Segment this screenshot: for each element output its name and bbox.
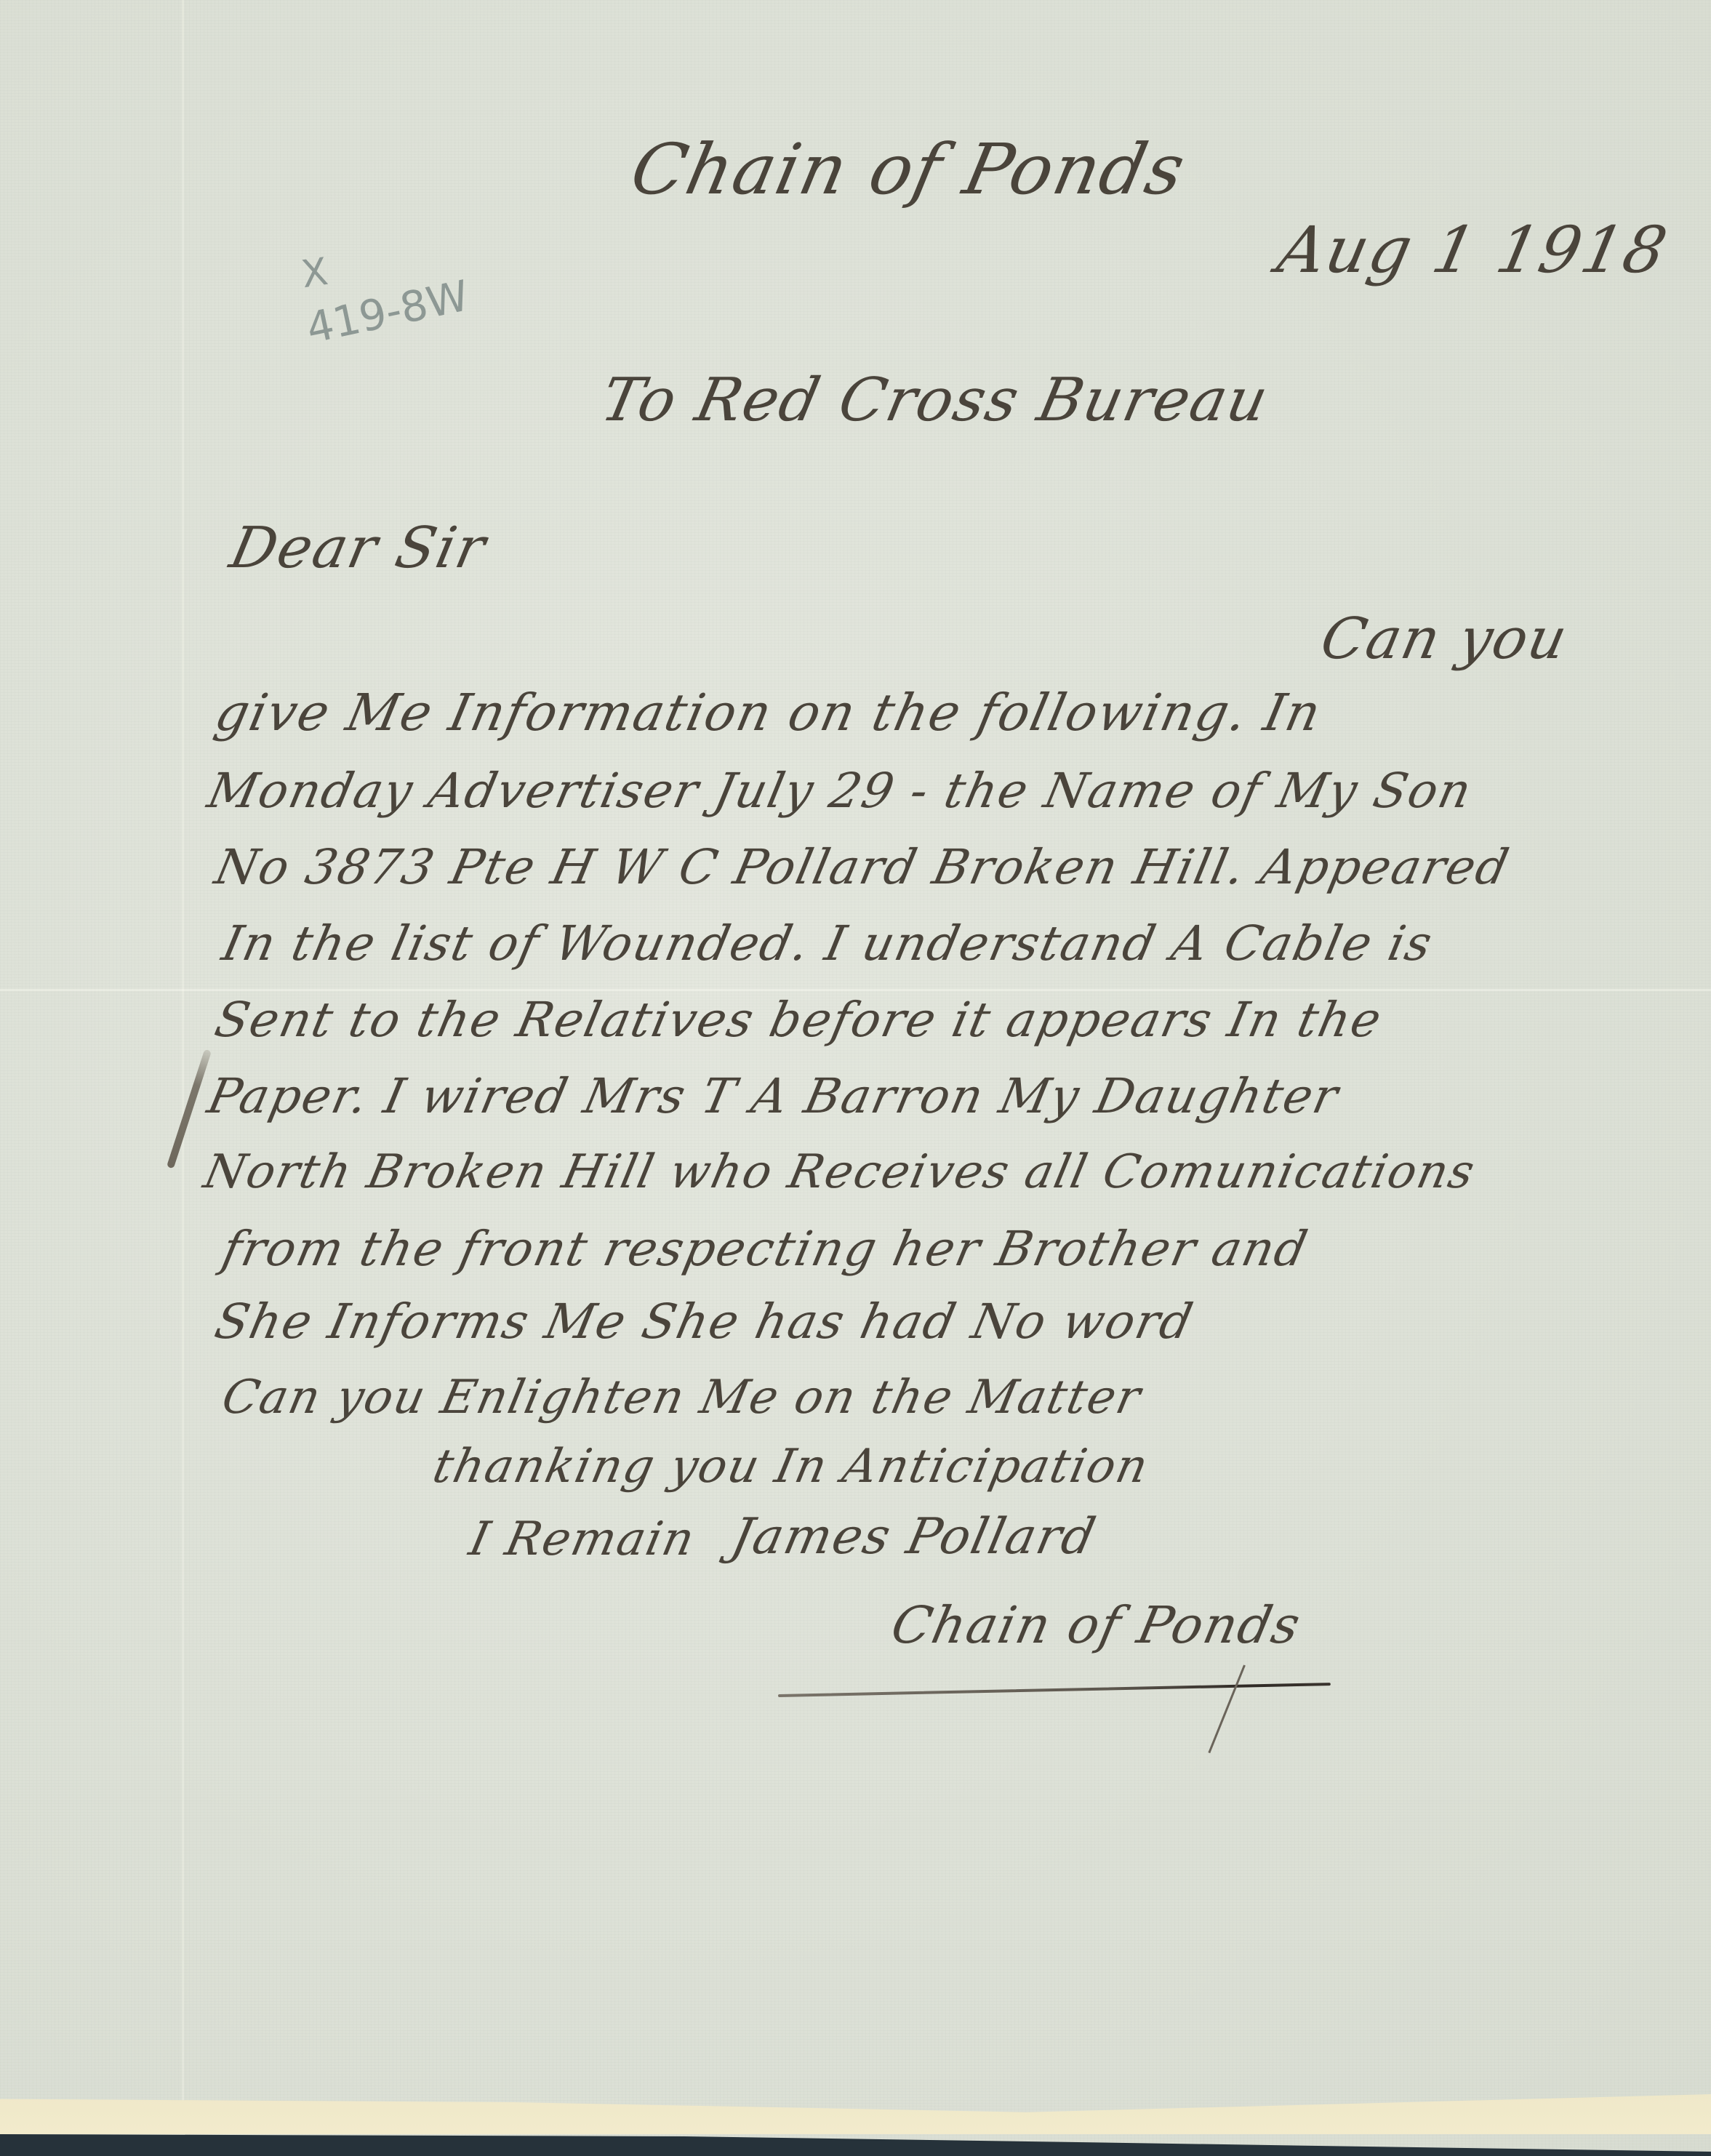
paper-bottom-edge: [0, 2094, 1711, 2134]
letter-body-line: from the front respecting her Brother an…: [218, 1225, 1313, 1273]
letter-body-line: No 3873 Pte H W C Pollard Broken Hill. A…: [211, 843, 1514, 891]
letter-closing-remain: I Remain: [465, 1516, 700, 1563]
letter-salutation: Dear Sir: [225, 520, 492, 577]
letter-body-line: North Broken Hill who Receives all Comun…: [200, 1149, 1480, 1195]
letter-body-line: Paper. I wired Mrs T A Barron My Daughte…: [204, 1073, 1343, 1121]
letter-body-line: Sent to the Relatives before it appears …: [211, 996, 1387, 1044]
scan-background-edge: [0, 2134, 1711, 2156]
letter-body-line: give Me Information on the following. In: [211, 687, 1326, 738]
letter-body-line: In the list of Wounded. I understand A C…: [218, 920, 1437, 968]
ink-smudge: [167, 1049, 212, 1169]
letter-body-line: Can you Enlighten Me on the Matter: [218, 1374, 1145, 1421]
signature-flourish-stroke: [1208, 1664, 1245, 1753]
letter-closing-thanks: thanking you In Anticipation: [429, 1443, 1153, 1490]
letter-date: Aug 1 1918: [1273, 218, 1673, 282]
letter-paper: X 419-8W Chain of Ponds Aug 1 1918 To Re…: [0, 0, 1711, 2156]
signature-underline-flourish: [778, 1683, 1331, 1697]
archive-cross-mark: X: [300, 253, 331, 294]
paper-fold-line: [182, 0, 184, 2109]
letter-body-line: Monday Advertiser July 29 - the Name of …: [204, 767, 1476, 815]
letter-addressee: To Red Cross Bureau: [596, 371, 1274, 430]
signature-place: Chain of Ponds: [887, 1600, 1306, 1651]
letter-place-header: Chain of Ponds: [625, 135, 1192, 204]
letter-body-line: She Informs Me She has had No word: [211, 1298, 1198, 1346]
signature-name: James Pollard: [727, 1512, 1101, 1562]
letter-body-line: Can you: [1316, 611, 1573, 668]
paper-fold-line: [0, 989, 1711, 991]
